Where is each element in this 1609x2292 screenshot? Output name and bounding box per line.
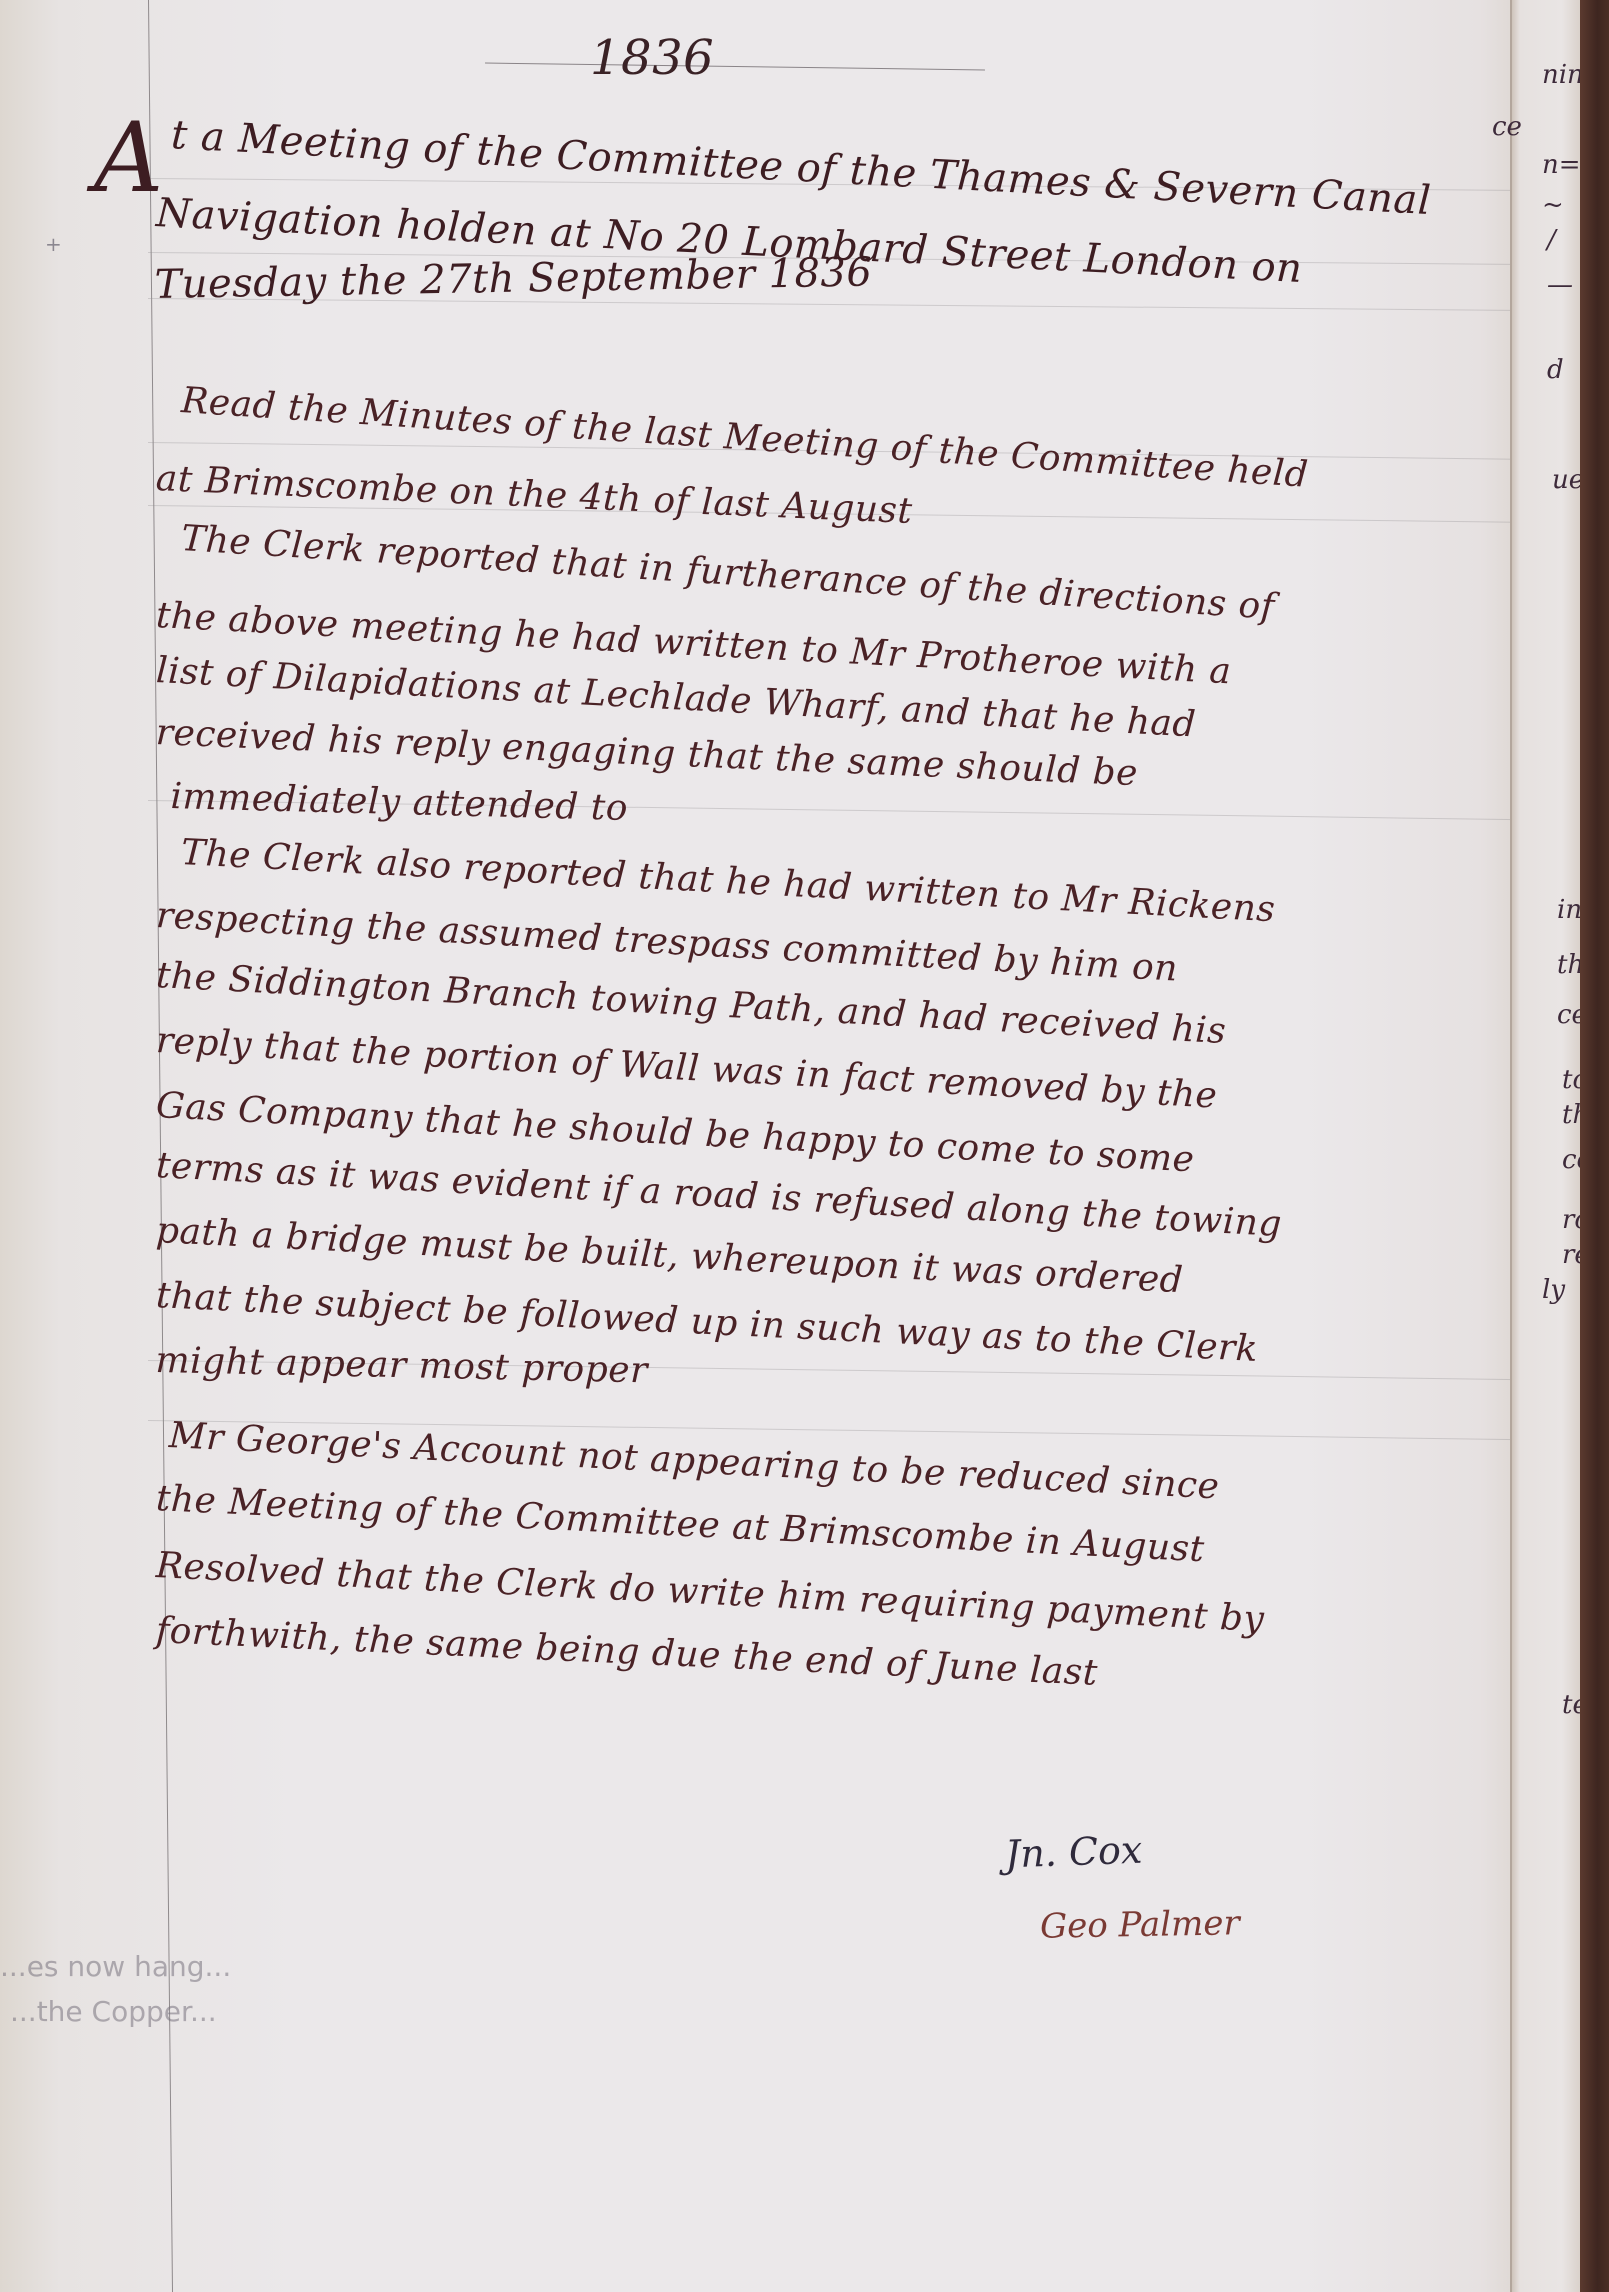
- signature-1: Jn. Cox: [1004, 1828, 1143, 1877]
- facing-fragment: /: [1547, 225, 1556, 255]
- manuscript-page: 1836 A t a Meeting of the Committee of t…: [0, 0, 1548, 2292]
- book-binding-edge: [1580, 0, 1609, 2292]
- heading-line-3: Tuesday the 27th September 1836: [154, 249, 873, 308]
- year-underline: [485, 63, 985, 71]
- facing-fragment: ~: [1542, 190, 1564, 220]
- pencil-note-line-2: ...the Copper...: [10, 1995, 217, 2028]
- facing-fragment: ce: [1492, 112, 1522, 142]
- pencil-note-line-1: ...es now hang...: [0, 1950, 231, 1983]
- facing-fragment: d: [1547, 355, 1564, 385]
- facing-fragment: in: [1557, 895, 1582, 925]
- minutes-line: immediately attended to: [170, 776, 628, 829]
- year-header: 1836: [590, 30, 714, 86]
- margin-tick-mark: +: [45, 232, 62, 256]
- facing-fragment: —: [1547, 270, 1573, 300]
- facing-fragment: ly: [1542, 1275, 1565, 1305]
- minutes-line: at Brimscombe on the 4th of last August: [155, 458, 913, 532]
- signature-2: Geo Palmer: [1040, 1903, 1240, 1946]
- facing-page-edge: ning ce n= ~ / — d ued in th cel to the …: [1510, 0, 1582, 2292]
- minutes-line: might appear most proper: [155, 1340, 648, 1391]
- decorative-initial: A: [94, 102, 163, 214]
- facing-fragment: n=: [1542, 150, 1581, 180]
